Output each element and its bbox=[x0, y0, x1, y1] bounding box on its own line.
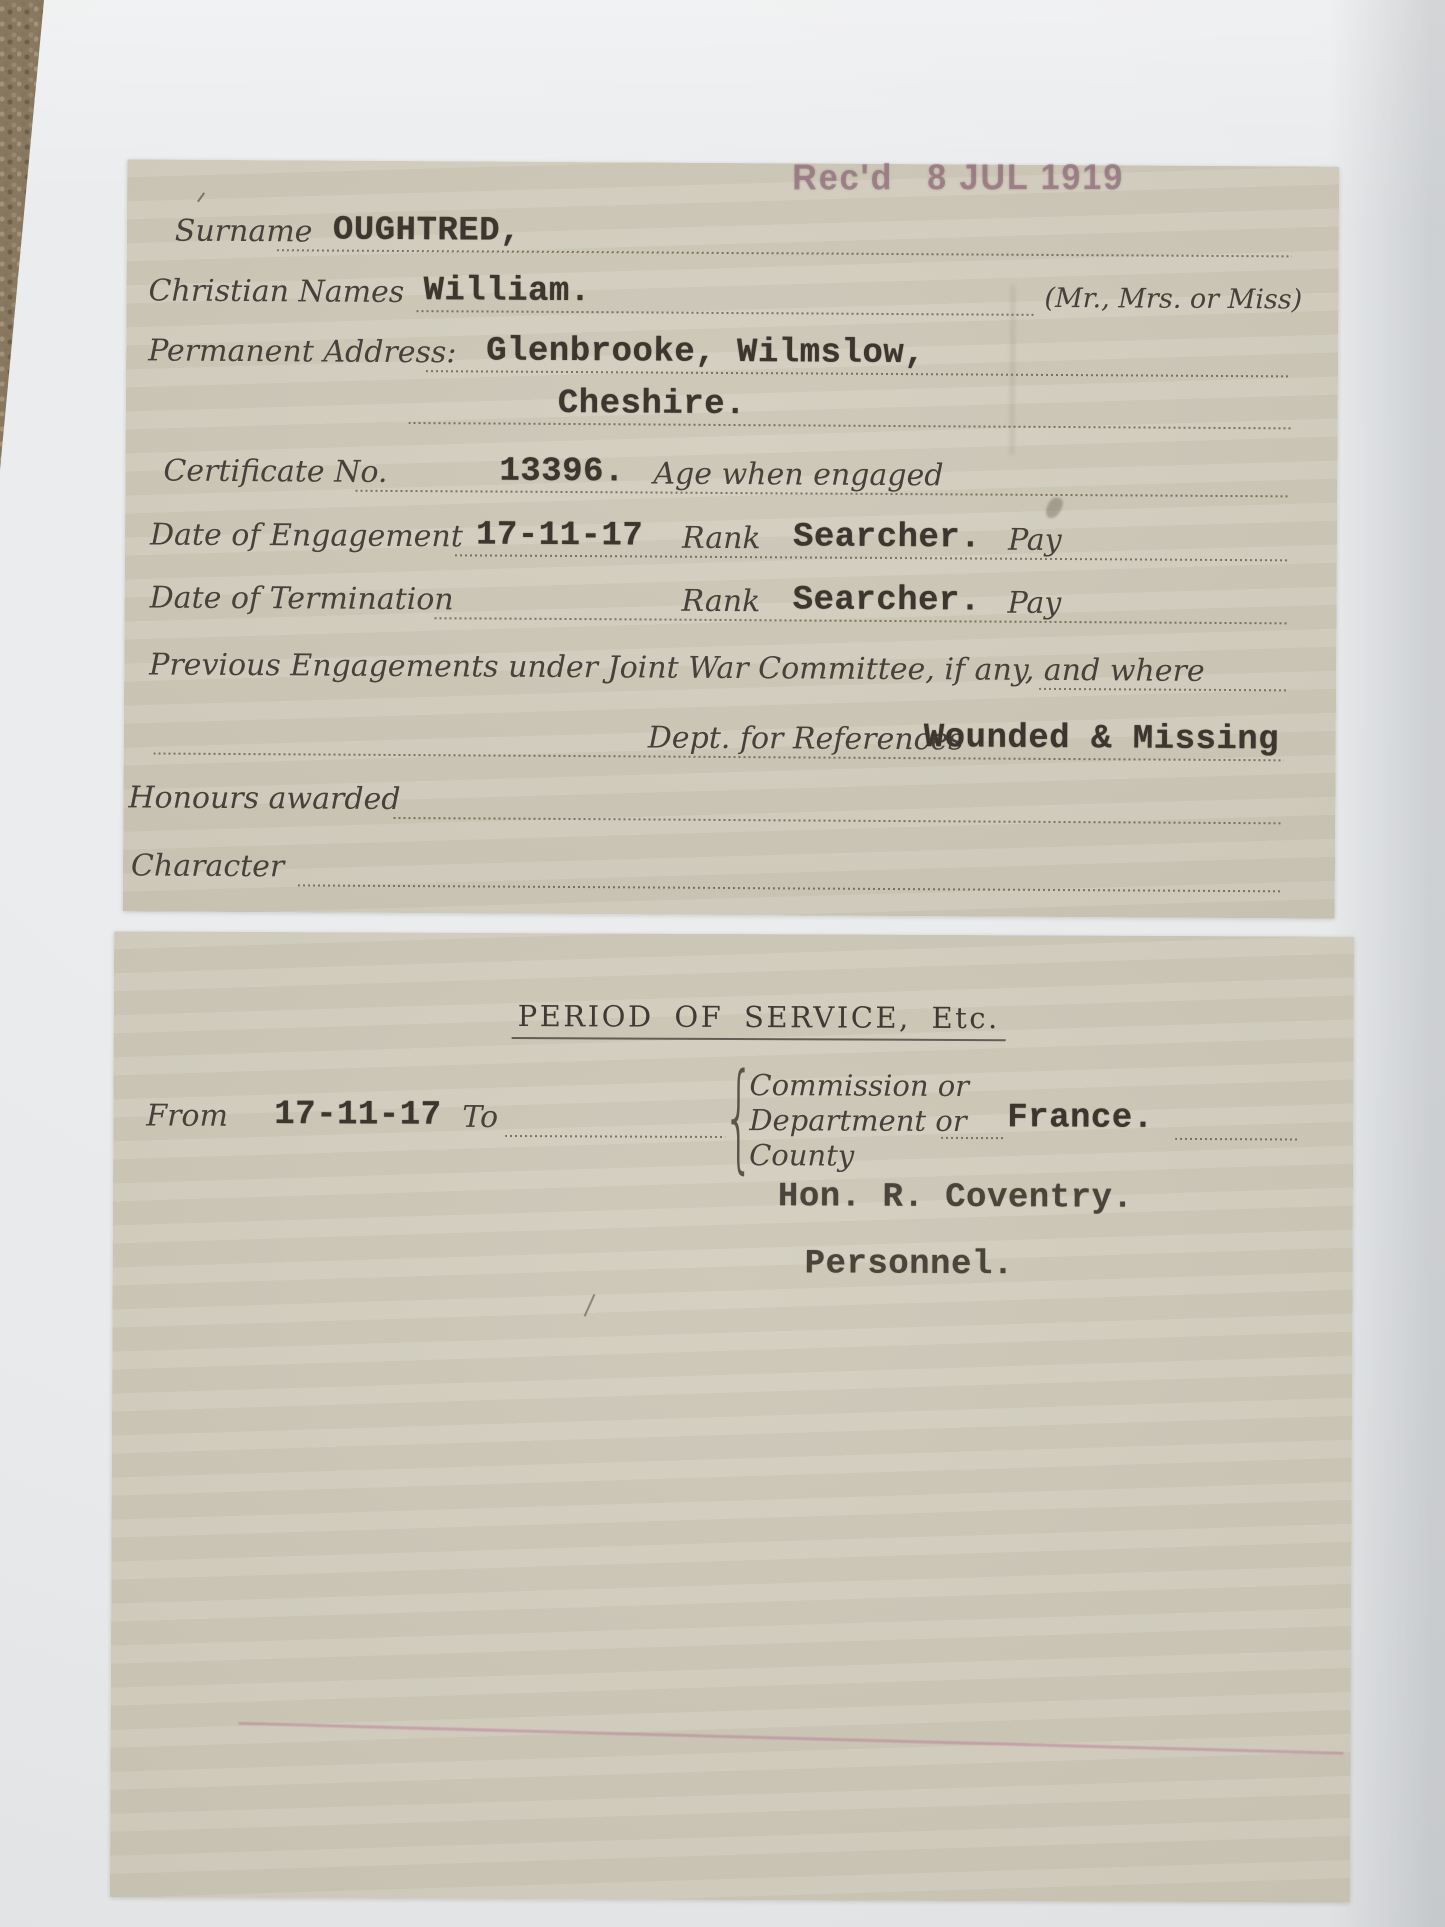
field-christian-names: Christian Names William. (Mr., Mrs. or M… bbox=[126, 266, 1338, 319]
field-permanent-address-2: Cheshire. bbox=[126, 378, 1338, 431]
christian-names-label: Christian Names bbox=[148, 273, 404, 310]
commission-department-county-label: Commission or Department or County bbox=[749, 1068, 969, 1174]
period-of-service-heading-wrap: PERIOD OF SERVICE, Etc. bbox=[164, 998, 1354, 1043]
record-card-back: PERIOD OF SERVICE, Etc. From 17-11-17 To… bbox=[110, 931, 1354, 1902]
previous-engagements-label: Previous Engagements under Joint War Com… bbox=[149, 647, 1205, 688]
dept-for-references-value: Wounded & Missing bbox=[924, 719, 1280, 759]
pen-slash bbox=[584, 1294, 596, 1317]
rank-value: Searcher. bbox=[793, 518, 981, 557]
rank-value-2: Searcher. bbox=[793, 581, 981, 620]
date-of-termination-label: Date of Termination bbox=[150, 580, 454, 617]
field-surname: Surname OUGHTRED, bbox=[127, 206, 1339, 259]
field-honours-awarded: Honours awarded bbox=[123, 773, 1335, 826]
ruled-line bbox=[505, 1135, 725, 1138]
character-label: Character bbox=[131, 848, 285, 884]
period-of-service-heading: PERIOD OF SERVICE, Etc. bbox=[512, 999, 1006, 1041]
from-value: 17-11-17 bbox=[274, 1096, 441, 1135]
ruled-line bbox=[1175, 1138, 1298, 1141]
field-date-of-termination: Date of Termination Rank Searcher. Pay bbox=[124, 573, 1336, 626]
pay-label: Pay bbox=[1008, 523, 1062, 558]
pen-tick bbox=[197, 192, 205, 202]
field-character: Character bbox=[123, 841, 1335, 894]
officer-note: Hon. R. Coventry. bbox=[778, 1178, 1134, 1218]
date-of-engagement-label: Date of Engagement bbox=[150, 517, 463, 554]
permanent-address-value-1: Glenbrooke, Wilmslow, bbox=[486, 333, 925, 374]
rank-label-2: Rank bbox=[682, 584, 761, 619]
pay-label-2: Pay bbox=[1008, 586, 1062, 621]
ruled-line bbox=[416, 310, 1036, 316]
field-permanent-address: Permanent Address: Glenbrooke, Wilmslow, bbox=[126, 326, 1338, 379]
rank-label: Rank bbox=[682, 521, 761, 556]
field-dept-for-references: Dept. for References Wounded & Missing bbox=[124, 710, 1336, 763]
surname-label: Surname bbox=[175, 214, 313, 250]
from-label: From bbox=[146, 1098, 228, 1133]
photo-of-record-cards: Rec'd 8 JUL 1919 Surname OUGHTRED, Chris… bbox=[0, 0, 1445, 1927]
field-certificate-number: Certificate No. 13396. Age when engaged bbox=[125, 446, 1337, 499]
commission-department-value: France. bbox=[1007, 1099, 1153, 1138]
stamp-date: 8 JUL 1919 bbox=[927, 157, 1124, 199]
field-date-of-engagement: Date of Engagement 17-11-17 Rank Searche… bbox=[125, 510, 1337, 563]
certificate-number-value: 13396. bbox=[499, 453, 625, 492]
bracket-line-2: Department or bbox=[749, 1103, 969, 1139]
stamp-label: Rec'd bbox=[792, 157, 893, 198]
to-label: To bbox=[462, 1100, 498, 1135]
bracket-line-3: County bbox=[749, 1138, 969, 1174]
permanent-address-label: Permanent Address: bbox=[148, 333, 457, 370]
ruled-line bbox=[298, 884, 1283, 892]
record-card-front: Rec'd 8 JUL 1919 Surname OUGHTRED, Chris… bbox=[123, 159, 1340, 918]
title-hint: (Mr., Mrs. or Miss) bbox=[1044, 283, 1302, 316]
certificate-number-label: Certificate No. bbox=[163, 454, 387, 490]
ruled-line bbox=[277, 249, 1292, 257]
field-previous-engagements: Previous Engagements under Joint War Com… bbox=[124, 640, 1336, 693]
age-when-engaged-label: Age when engaged bbox=[653, 457, 943, 494]
honours-awarded-label: Honours awarded bbox=[128, 780, 400, 817]
ruled-line bbox=[393, 817, 1283, 824]
personnel-note: Personnel. bbox=[805, 1245, 1014, 1284]
date-of-engagement-value: 17-11-17 bbox=[476, 516, 643, 555]
permanent-address-value-2: Cheshire. bbox=[558, 385, 746, 424]
bracket-line-1: Commission or bbox=[749, 1068, 969, 1104]
surname-value: OUGHTRED, bbox=[333, 212, 521, 251]
christian-names-value: William. bbox=[423, 272, 590, 311]
ruled-line bbox=[409, 422, 1291, 429]
pink-pen-line bbox=[239, 1722, 1344, 1755]
dept-for-references-label: Dept. for References bbox=[648, 720, 964, 757]
